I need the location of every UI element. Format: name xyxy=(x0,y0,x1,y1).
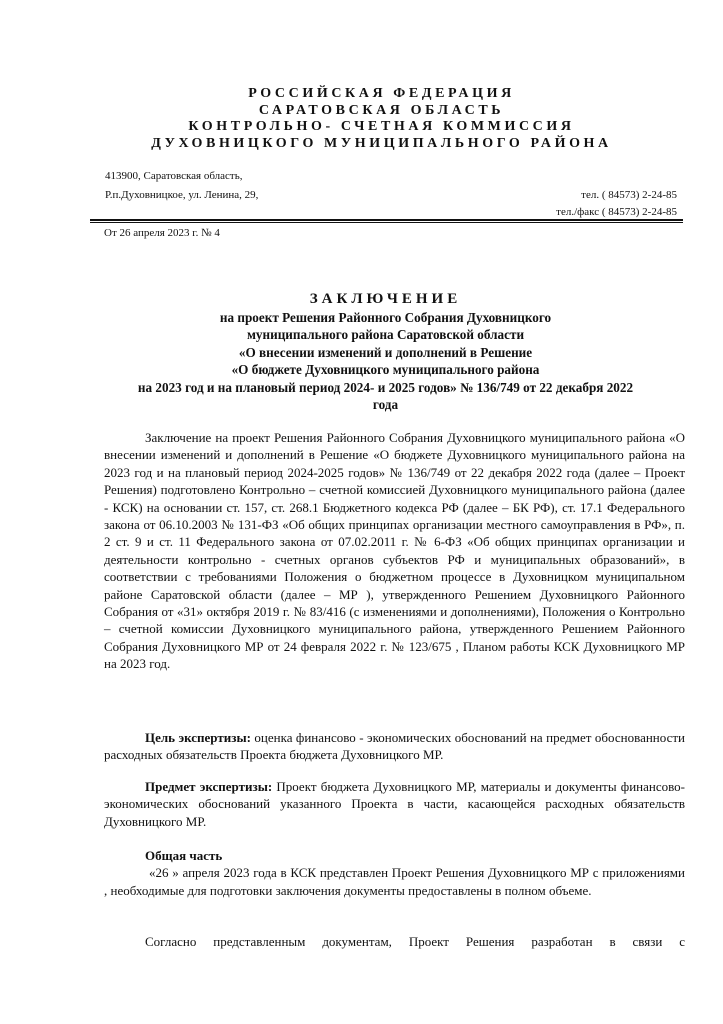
header-divider xyxy=(90,219,683,223)
document-title: ЗАКЛЮЧЕНИЕ на проект Решения Районного С… xyxy=(0,290,723,413)
title-line: на проект Решения Районного Собрания Дух… xyxy=(0,309,723,326)
subject-paragraph: Предмет экспертизы: Проект бюджета Духов… xyxy=(104,778,685,830)
last-paragraph: Согласно представленным документам, Прое… xyxy=(104,933,685,950)
last-paragraph-text: Согласно представленным документам, Прое… xyxy=(104,933,685,950)
title-line: на 2023 год и на плановый период 2024- и… xyxy=(0,379,723,396)
document-date-number: От 26 апреля 2023 г. № 4 xyxy=(104,227,220,239)
header-line-country: РОССИЙСКАЯ ФЕДЕРАЦИЯ xyxy=(0,86,723,103)
general-section-title: Общая часть xyxy=(104,847,685,864)
phone: тел. ( 84573) 2-24-85 xyxy=(581,189,677,201)
title-main: ЗАКЛЮЧЕНИЕ xyxy=(0,290,723,309)
goal-paragraph: Цель экспертизы: оценка финансово - экон… xyxy=(104,729,685,764)
title-line: муниципального района Саратовской област… xyxy=(0,326,723,343)
general-section: Общая часть «26 » апреля 2023 года в КСК… xyxy=(104,847,685,899)
intro-paragraph: Заключение на проект Решения Районного С… xyxy=(104,429,685,673)
general-text: «26 » апреля 2023 года в КСК представлен… xyxy=(104,864,685,899)
phone-fax: тел./факс ( 84573) 2-24-85 xyxy=(556,206,677,218)
organization-header: РОССИЙСКАЯ ФЕДЕРАЦИЯ САРАТОВСКАЯ ОБЛАСТЬ… xyxy=(0,86,723,152)
header-line-commission: КОНТРОЛЬНО- СЧЕТНАЯ КОММИССИЯ xyxy=(0,119,723,136)
goal-label: Цель экспертизы: xyxy=(145,730,251,745)
intro-text: Заключение на проект Решения Районного С… xyxy=(104,429,685,673)
title-line: «О внесении изменений и дополнений в Реш… xyxy=(0,344,723,361)
title-line: «О бюджете Духовницкого муниципального р… xyxy=(0,361,723,378)
header-line-region: САРАТОВСКАЯ ОБЛАСТЬ xyxy=(0,103,723,120)
subject-label: Предмет экспертизы: xyxy=(145,779,272,794)
header-line-district: ДУХОВНИЦКОГО МУНИЦИПАЛЬНОГО РАЙОНА xyxy=(0,136,723,153)
title-line: года xyxy=(0,396,723,413)
address-line-2: Р.п.Духовницкое, ул. Ленина, 29, xyxy=(105,189,258,201)
address-line-1: 413900, Саратовская область, xyxy=(105,170,243,182)
